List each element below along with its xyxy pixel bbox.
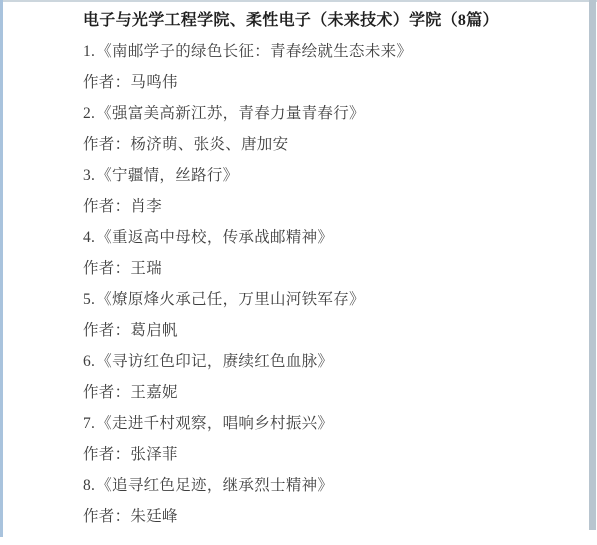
article-title: 《宁疆情，丝路行》 <box>96 167 238 184</box>
article-title-line: 2.《强富美高新江苏，青春力量青春行》 <box>83 98 577 129</box>
article-title-line: 1.《南邮学子的绿色长征：青春绘就生态未来》 <box>83 36 577 67</box>
author-names: 王瑞 <box>130 260 162 277</box>
article-title: 《燎原烽火承己任，万里山河铁军存》 <box>96 291 365 308</box>
article-title: 《南邮学子的绿色长征：青春绘就生态未来》 <box>96 43 412 60</box>
author-label: 作者： <box>83 136 130 153</box>
page-top-edge <box>0 0 597 2</box>
author-names: 张泽菲 <box>130 446 177 463</box>
article-number: 7. <box>83 415 95 432</box>
page-right-edge <box>589 0 596 530</box>
article-number: 2. <box>83 105 95 122</box>
article-title: 《走进千村观察，唱响乡村振兴》 <box>96 415 333 432</box>
article-title-line: 6.《寻访红色印记，赓续红色血脉》 <box>83 346 577 377</box>
author-names: 肖李 <box>130 198 162 215</box>
article-author-line: 作者：杨济萌、张炎、唐加安 <box>83 129 577 160</box>
author-label: 作者： <box>83 198 130 215</box>
article-author-line: 作者：张泽菲 <box>83 439 577 470</box>
author-names: 葛启帆 <box>130 322 177 339</box>
author-label: 作者： <box>83 384 130 401</box>
author-names: 王嘉妮 <box>130 384 177 401</box>
document-content: 电子与光学工程学院、柔性电子（未来技术）学院（8篇） 1.《南邮学子的绿色长征：… <box>83 5 577 532</box>
article-title: 《追寻红色足迹，继承烈士精神》 <box>96 477 333 494</box>
author-names: 杨济萌、张炎、唐加安 <box>130 136 288 153</box>
article-author-line: 作者：朱廷峰 <box>83 501 577 532</box>
author-label: 作者： <box>83 446 130 463</box>
article-title-line: 8.《追寻红色足迹，继承烈士精神》 <box>83 470 577 501</box>
author-label: 作者： <box>83 322 130 339</box>
section-heading: 电子与光学工程学院、柔性电子（未来技术）学院（8篇） <box>83 5 577 36</box>
article-author-line: 作者：马鸣伟 <box>83 67 577 98</box>
article-number: 1. <box>83 43 95 60</box>
article-number: 8. <box>83 477 95 494</box>
article-author-line: 作者：葛启帆 <box>83 315 577 346</box>
author-names: 朱廷峰 <box>130 508 177 525</box>
article-number: 5. <box>83 291 95 308</box>
author-label: 作者： <box>83 260 130 277</box>
article-number: 4. <box>83 229 95 246</box>
article-title-line: 7.《走进千村观察，唱响乡村振兴》 <box>83 408 577 439</box>
article-title: 《强富美高新江苏，青春力量青春行》 <box>96 105 365 122</box>
article-title-line: 5.《燎原烽火承己任，万里山河铁军存》 <box>83 284 577 315</box>
author-label: 作者： <box>83 508 130 525</box>
article-title: 《重返高中母校，传承战邮精神》 <box>96 229 333 246</box>
article-author-line: 作者：肖李 <box>83 191 577 222</box>
author-names: 马鸣伟 <box>130 74 177 91</box>
article-author-line: 作者：王嘉妮 <box>83 377 577 408</box>
author-label: 作者： <box>83 74 130 91</box>
document-page: 电子与光学工程学院、柔性电子（未来技术）学院（8篇） 1.《南邮学子的绿色长征：… <box>0 0 597 545</box>
article-author-line: 作者：王瑞 <box>83 253 577 284</box>
article-title-line: 3.《宁疆情，丝路行》 <box>83 160 577 191</box>
article-title-line: 4.《重返高中母校，传承战邮精神》 <box>83 222 577 253</box>
page-left-edge <box>0 0 3 537</box>
article-number: 6. <box>83 353 95 370</box>
article-number: 3. <box>83 167 95 184</box>
article-title: 《寻访红色印记，赓续红色血脉》 <box>96 353 333 370</box>
